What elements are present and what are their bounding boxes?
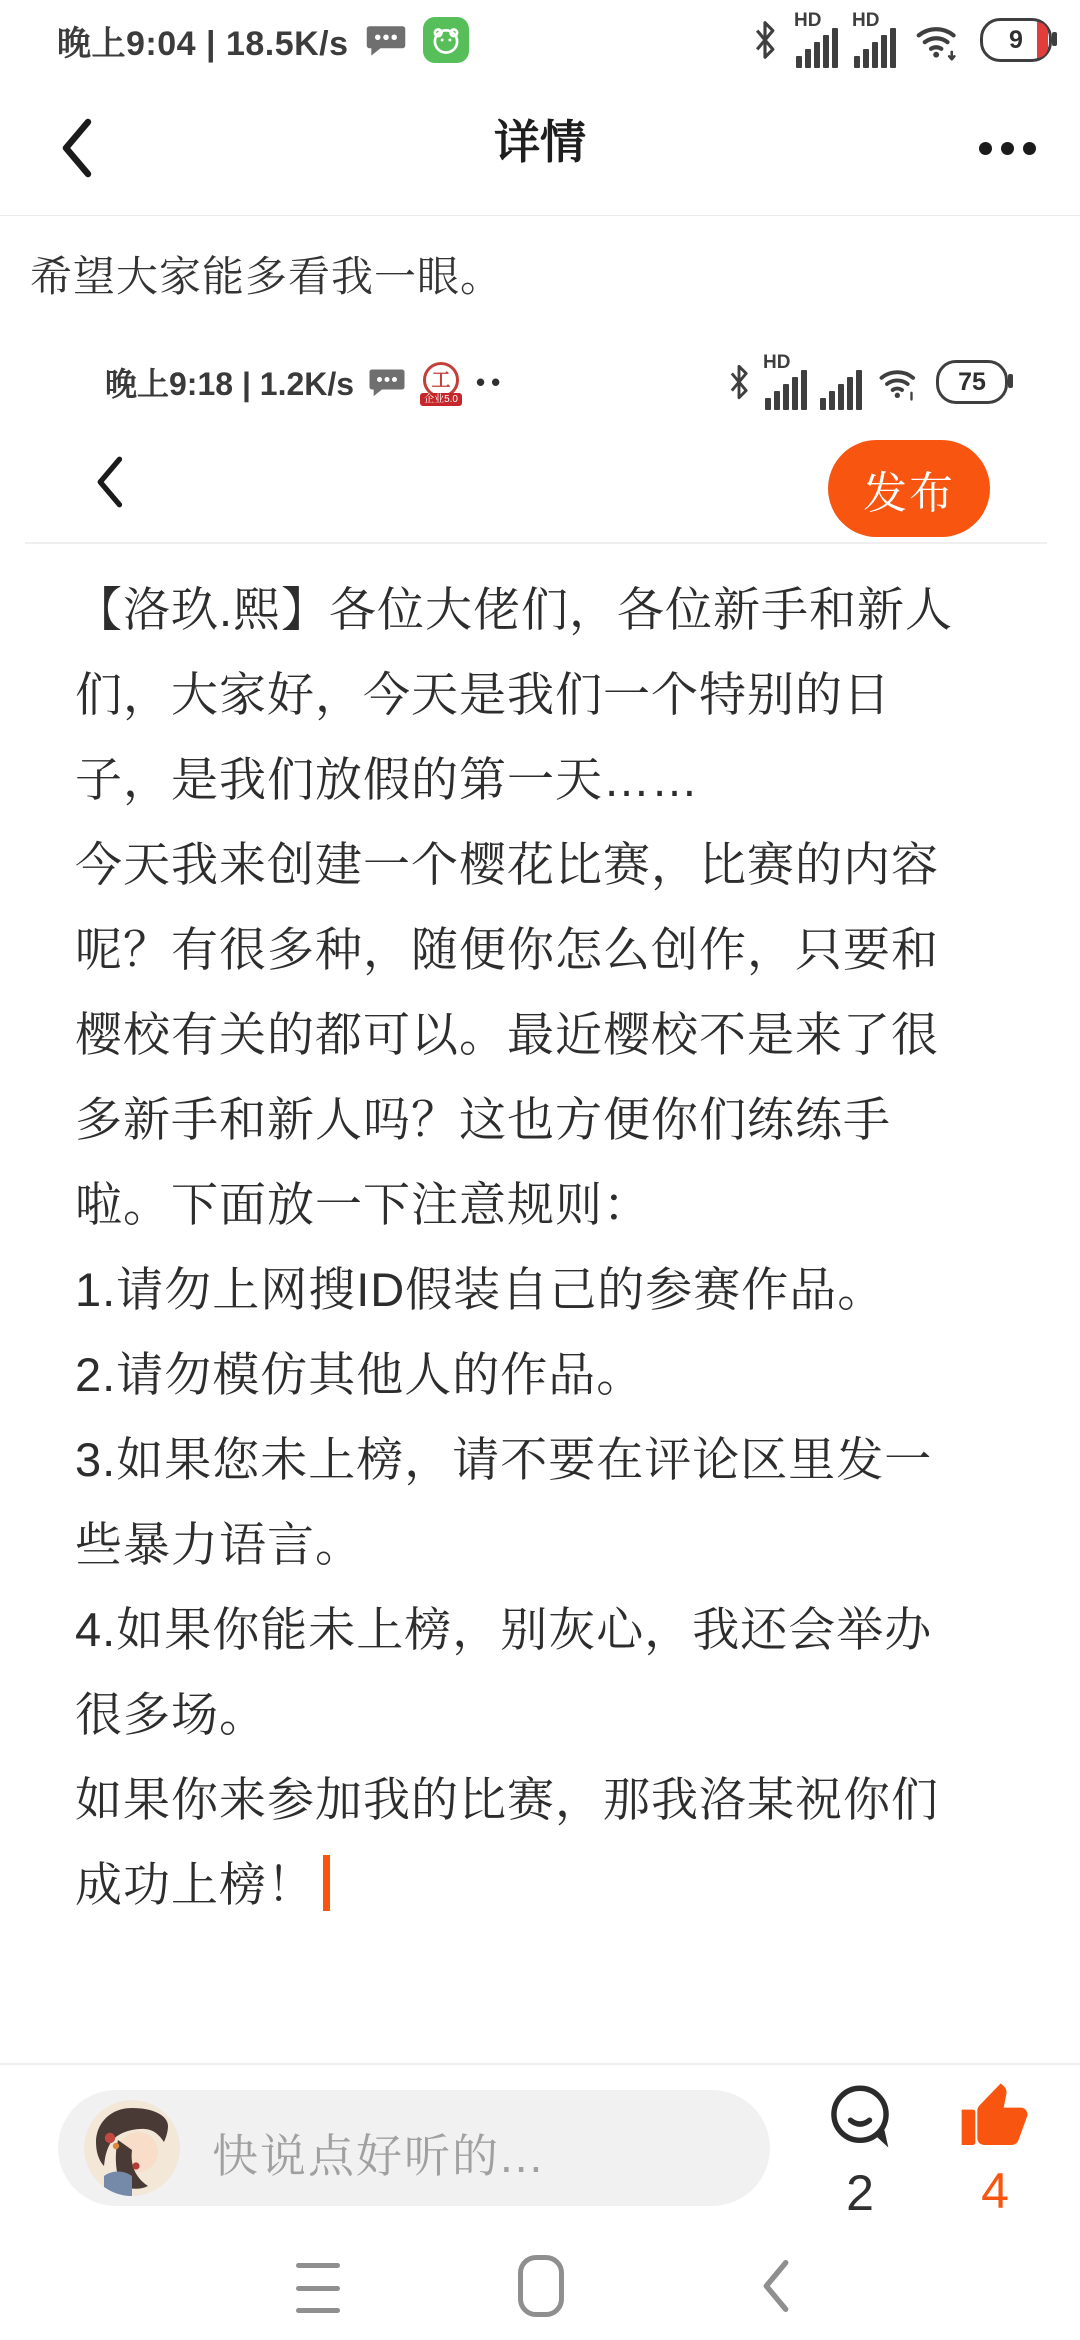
comment-button[interactable]: 2	[818, 2079, 902, 2222]
body-line: 呢？有很多种，随便你怎么创作，只要和	[75, 907, 1025, 992]
embed-signal-sim2-icon	[820, 354, 862, 410]
body-line: 啦。下面放一下注意规则：	[75, 1162, 1025, 1247]
wifi-icon	[912, 18, 964, 62]
green-app-icon	[423, 17, 469, 63]
bluetooth-icon	[750, 18, 780, 62]
signal-sim2-icon: HD	[854, 12, 896, 68]
avatar	[84, 2100, 180, 2196]
nav-bar: 详情	[0, 80, 1080, 216]
battery-percent: 9	[1009, 26, 1023, 55]
like-count: 4	[950, 2162, 1040, 2220]
embed-status-right: HD 75	[726, 355, 1008, 409]
page-title: 详情	[0, 106, 1080, 172]
body-line: 们，大家好，今天是我们一个特别的日	[75, 652, 1025, 737]
body-line: 很多场。	[75, 1672, 1025, 1757]
body-line: 2.请勿模仿其他人的作品。	[75, 1332, 1025, 1417]
android-nav-bar	[0, 2235, 1080, 2340]
body-line: 今天我来创建一个樱花比赛，比赛的内容	[75, 822, 1025, 907]
battery-low-segment	[1037, 22, 1048, 58]
embed-wifi-icon	[875, 362, 923, 402]
body-line: 3.如果您未上榜，请不要在评论区里发一	[75, 1417, 1025, 1502]
comment-count: 2	[818, 2164, 902, 2222]
text-cursor	[323, 1855, 330, 1911]
embed-status-left: 晚上9:18 | 1.2K/s 工 企业5.0 ••	[105, 355, 506, 409]
embed-bluetooth-icon	[726, 362, 752, 402]
embed-back-button	[88, 453, 130, 511]
embed-divider	[25, 542, 1047, 544]
body-line: 如果你来参加我的比赛，那我洛某祝你们	[75, 1757, 1025, 1842]
battery-icon: 9	[980, 18, 1052, 62]
embed-battery-icon: 75	[936, 360, 1008, 404]
post-title: 希望大家能多看我一眼。	[30, 244, 503, 304]
embed-more-status-dots: ••	[476, 367, 506, 398]
embed-message-bubble-icon	[366, 362, 408, 402]
embed-signal-sim1-icon: HD	[765, 354, 807, 410]
more-menu-button[interactable]	[979, 142, 1036, 155]
embed-body-text: 【洛玖.熙】各位大佬们，各位新手和新人 们，大家好，今天是我们一个特别的日 子，…	[75, 567, 1025, 1927]
bank-app-icon: 工 企业5.0	[420, 362, 462, 406]
embed-status-time-speed: 晚上9:18 | 1.2K/s	[105, 359, 354, 405]
status-bar: 晚上9:04 | 18.5K/s HD HD	[0, 0, 1080, 80]
body-line: 多新手和新人吗？这也方便你们练练手	[75, 1077, 1025, 1162]
body-line: 1.请勿上网搜ID假装自己的参赛作品。	[75, 1247, 1025, 1332]
comment-placeholder: 快说点好听的...	[212, 2120, 544, 2186]
body-line-last: 成功上榜！	[75, 1842, 1025, 1927]
recents-button[interactable]	[296, 2263, 348, 2313]
android-back-button[interactable]	[756, 2255, 796, 2317]
status-time-speed: 晚上9:04 | 18.5K/s	[57, 16, 349, 65]
body-line: 子，是我们放假的第一天……	[75, 737, 1025, 822]
publish-button: 发布	[828, 440, 990, 537]
message-bubble-icon	[363, 18, 409, 62]
embed-battery-percent: 75	[958, 368, 986, 397]
body-line: 【洛玖.熙】各位大佬们，各位新手和新人	[75, 567, 1025, 652]
like-button[interactable]: 4	[950, 2075, 1040, 2220]
comment-bar: 快说点好听的... 2 4	[0, 2063, 1080, 2237]
comment-input[interactable]: 快说点好听的...	[58, 2090, 770, 2206]
signal-sim1-icon: HD	[796, 12, 838, 68]
body-line: 些暴力语言。	[75, 1502, 1025, 1587]
post-image-screenshot[interactable]: 晚上9:18 | 1.2K/s 工 企业5.0 •• HD	[0, 345, 1080, 2045]
app-screen: 晚上9:04 | 18.5K/s HD HD	[0, 0, 1080, 2340]
body-line: 樱校有关的都可以。最近樱校不是来了很	[75, 992, 1025, 1077]
body-line: 4.如果你能未上榜，别灰心，我还会举办	[75, 1587, 1025, 1672]
home-button[interactable]	[518, 2255, 564, 2317]
